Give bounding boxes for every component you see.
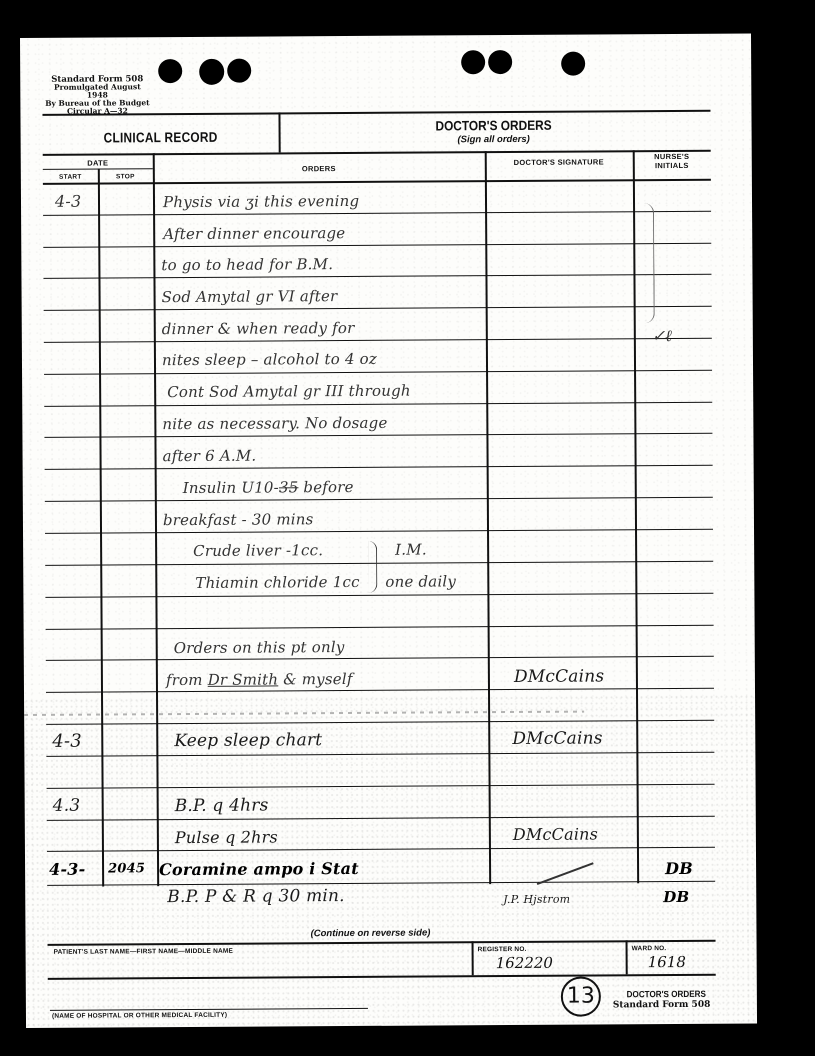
- order-line-23: B.P. P & R q 30 min.: [167, 886, 345, 907]
- order-line-20: B.P. q 4hrs: [175, 795, 269, 816]
- footer-doctors-orders: DOCTOR'S ORDERS: [627, 989, 706, 999]
- rule: [48, 940, 716, 946]
- order-line-3: to go to head for B.M.: [161, 255, 333, 274]
- nurse-initials-1: DB: [665, 859, 693, 878]
- insulin-suffix: before: [298, 478, 353, 496]
- row-rules: [20, 34, 751, 38]
- doctors-orders-form: Standard Form 508 Promulgated August 194…: [20, 34, 757, 1028]
- register-no-value: 162220: [496, 954, 553, 972]
- im-route: I.M.: [395, 541, 427, 559]
- col-rule-start-stop: [98, 169, 104, 887]
- ward-no-label: WARD NO.: [632, 945, 667, 952]
- order-line-12: Crude liver -1cc.: [193, 541, 323, 560]
- order-line-13: Thiamin chloride 1cc: [195, 573, 359, 592]
- binder-hole-icon: [199, 59, 224, 85]
- order-line-11: breakfast - 30 mins: [163, 510, 314, 529]
- footer-standard-form: Standard Form 508: [613, 1000, 710, 1011]
- order-line-7: Cont Sod Amytal gr III through: [167, 382, 411, 401]
- row-22-start-date: 4-3-: [49, 860, 85, 879]
- order-line-4: Sod Amytal gr VI after: [162, 287, 338, 306]
- patient-name-label: PATIENT'S LAST NAME—FIRST NAME—MIDDLE NA…: [54, 948, 233, 956]
- continue-note: (Continue on reverse side): [285, 927, 455, 939]
- scan-bottom-edge: [0, 1036, 815, 1056]
- rule: [50, 1008, 368, 1011]
- struck-dose: 35: [279, 478, 299, 496]
- date-header: DATE: [43, 158, 153, 168]
- col-rule-orders-signature: [485, 151, 491, 884]
- clinical-record-title: CLINICAL RECORD: [60, 129, 261, 146]
- sign-all-orders-note: (Sign all orders): [279, 133, 709, 147]
- doctors-signature-header: DOCTOR'S SIGNATURE: [485, 157, 633, 167]
- nurse-bracket-mark: [643, 203, 655, 323]
- orders-header: ORDERS: [153, 163, 485, 174]
- nurses-label: NURSE'S: [633, 152, 711, 161]
- row-18-start-date: 4-3: [52, 731, 82, 752]
- order-line-18: Keep sleep chart: [174, 730, 322, 751]
- binder-hole-icon: [227, 59, 251, 83]
- order-line-1: Physis via ʒi this evening: [163, 192, 359, 211]
- order-line-15: Orders on this pt only: [174, 638, 345, 657]
- row-1-start-date: 4-3: [55, 192, 81, 211]
- nurse-checkmark-icon: ✓ℓ: [652, 326, 672, 346]
- order-line-6: nites sleep – alcohol to 4 oz: [162, 350, 377, 369]
- col-rule-signature-initials: [633, 150, 639, 883]
- insulin-prefix: Insulin U10-: [183, 478, 279, 497]
- doctor-signature-2: DMcCains: [512, 728, 603, 749]
- register-no-label: REGISTER NO.: [478, 946, 527, 953]
- order-line-5: dinner & when ready for: [162, 319, 355, 338]
- order-line-9: after 6 A.M.: [163, 447, 257, 466]
- binder-hole-icon: [561, 52, 585, 76]
- stop-header: STOP: [98, 173, 153, 180]
- row-22-stop-time: 2045: [108, 861, 145, 876]
- binder-hole-icon: [461, 50, 485, 74]
- doctor-signature-4: J.P. Hjstrom: [503, 893, 570, 906]
- from-text: from: [166, 671, 208, 689]
- underlined-doctor-name: Dr Smith: [208, 670, 279, 688]
- order-line-10: Insulin U10-35 before: [183, 478, 354, 497]
- form-identifier: Standard Form 508 Promulgated August 194…: [42, 75, 152, 116]
- start-header: START: [43, 174, 98, 181]
- rule: [48, 974, 716, 980]
- ward-no-value: 1618: [648, 953, 686, 971]
- nurses-initials-header: NURSE'S INITIALS: [633, 152, 711, 170]
- order-line-2: After dinner encourage: [163, 224, 345, 243]
- rule: [472, 941, 474, 975]
- col-rule-stop-orders: [153, 153, 159, 886]
- order-line-22: Coramine ampo i Stat: [159, 859, 359, 879]
- order-line-16: from Dr Smith & myself: [166, 670, 353, 689]
- binder-hole-icon: [488, 50, 512, 74]
- hospital-name-label: (NAME OF HOSPITAL OR OTHER MEDICAL FACIL…: [52, 1012, 227, 1020]
- page-number-circle: 13: [561, 976, 601, 1016]
- bracket-mark: [368, 541, 377, 593]
- doctor-signature-1: DMcCains: [514, 666, 605, 687]
- order-line-21: Pulse q 2hrs: [175, 827, 278, 847]
- and-myself-text: & myself: [278, 670, 352, 688]
- rule: [43, 150, 711, 156]
- rule: [626, 940, 628, 974]
- initials-label: INITIALS: [633, 161, 711, 170]
- order-line-8: nite as necessary. No dosage: [162, 414, 387, 433]
- row-20-start-date: 4.3: [53, 796, 81, 816]
- once-daily: one daily: [385, 572, 456, 590]
- doctor-signature-3: DMcCains: [513, 824, 598, 844]
- nurse-initials-2: DB: [663, 888, 689, 906]
- binder-hole-icon: [158, 59, 182, 83]
- scan-artifact-dashes: [24, 711, 584, 716]
- doctors-orders-title: DOCTOR'S ORDERS: [304, 117, 682, 134]
